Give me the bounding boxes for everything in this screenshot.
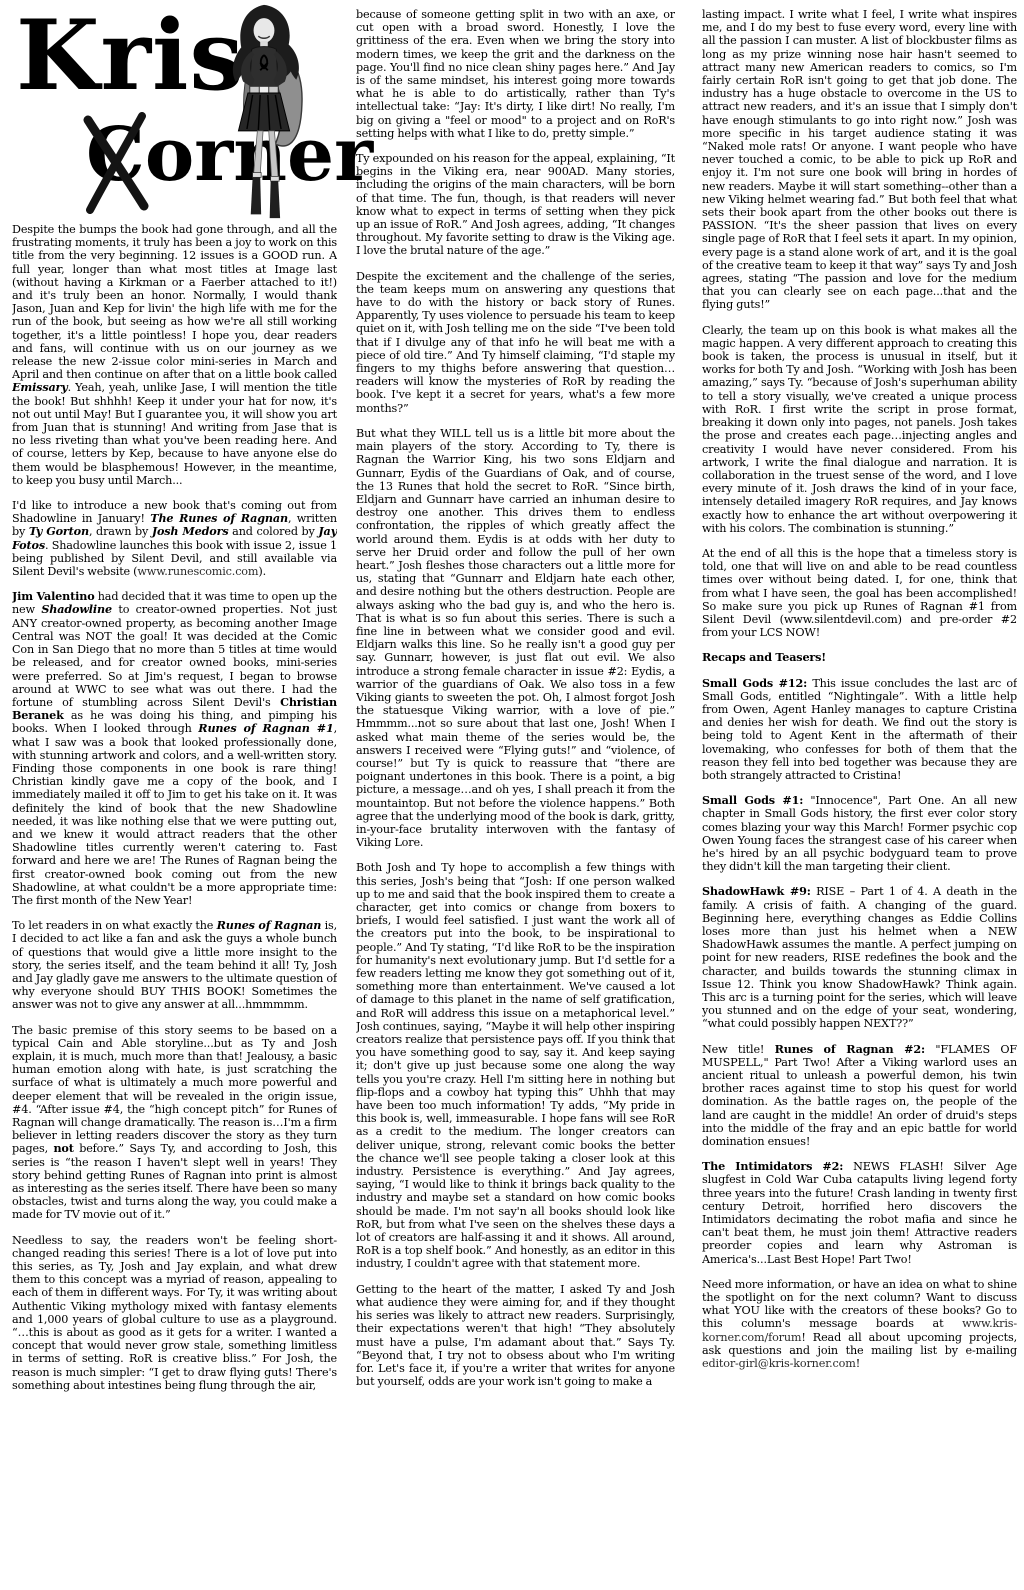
column-3: lasting impact. I write what I feel, I w…	[702, 8, 1017, 1586]
kris-corner-column-page: Kris' Corner	[0, 0, 1024, 1590]
paragraph: Clearly, the team up on this book is wha…	[702, 324, 1017, 535]
paragraph: Needless to say, the readers won't be fe…	[12, 1234, 337, 1392]
column-1: Despite the bumps the book had gone thro…	[12, 223, 337, 1585]
paragraph: because of someone getting split in two …	[356, 8, 675, 140]
column-2: because of someone getting split in two …	[356, 8, 675, 1586]
paragraph: To let readers in on what exactly the Ru…	[12, 919, 337, 1011]
paragraph: Small Gods #1: "Innocence", Part One. An…	[702, 794, 1017, 873]
paragraph: The basic premise of this story seems to…	[12, 1024, 337, 1222]
paragraph: Getting to the heart of the matter, I as…	[356, 1283, 675, 1389]
paragraph: lasting impact. I write what I feel, I w…	[702, 8, 1017, 312]
paragraph: At the end of all this is the hope that …	[702, 547, 1017, 639]
paragraph: ShadowHawk #9: RISE – Part 1 of 4. A dea…	[702, 885, 1017, 1030]
paragraph: Need more information, or have an idea o…	[702, 1278, 1017, 1370]
paragraph: Ty expounded on his reason for the appea…	[356, 152, 675, 258]
paragraph: New title! Runes of Ragnan #2: "FLAMES O…	[702, 1043, 1017, 1149]
paragraph: Jim Valentino had decided that it was ti…	[12, 590, 337, 907]
logo: Kris' Corner	[0, 0, 345, 222]
section-heading: Recaps and Teasers!	[702, 651, 1017, 664]
logo-corner-initial: C	[86, 112, 145, 198]
paragraph: I'd like to introduce a new book that's …	[12, 499, 337, 578]
paragraph: Despite the excitement and the challenge…	[356, 270, 675, 415]
paragraph: The Intimidators #2: NEWS FLASH! Silver …	[702, 1160, 1017, 1266]
paragraph: Small Gods #12: This issue concludes the…	[702, 677, 1017, 783]
superheroine-illustration	[216, 2, 312, 220]
paragraph: But what they WILL tell us is a little b…	[356, 427, 675, 850]
paragraph: Both Josh and Ty hope to accomplish a fe…	[356, 861, 675, 1270]
paragraph: Despite the bumps the book had gone thro…	[12, 223, 337, 487]
